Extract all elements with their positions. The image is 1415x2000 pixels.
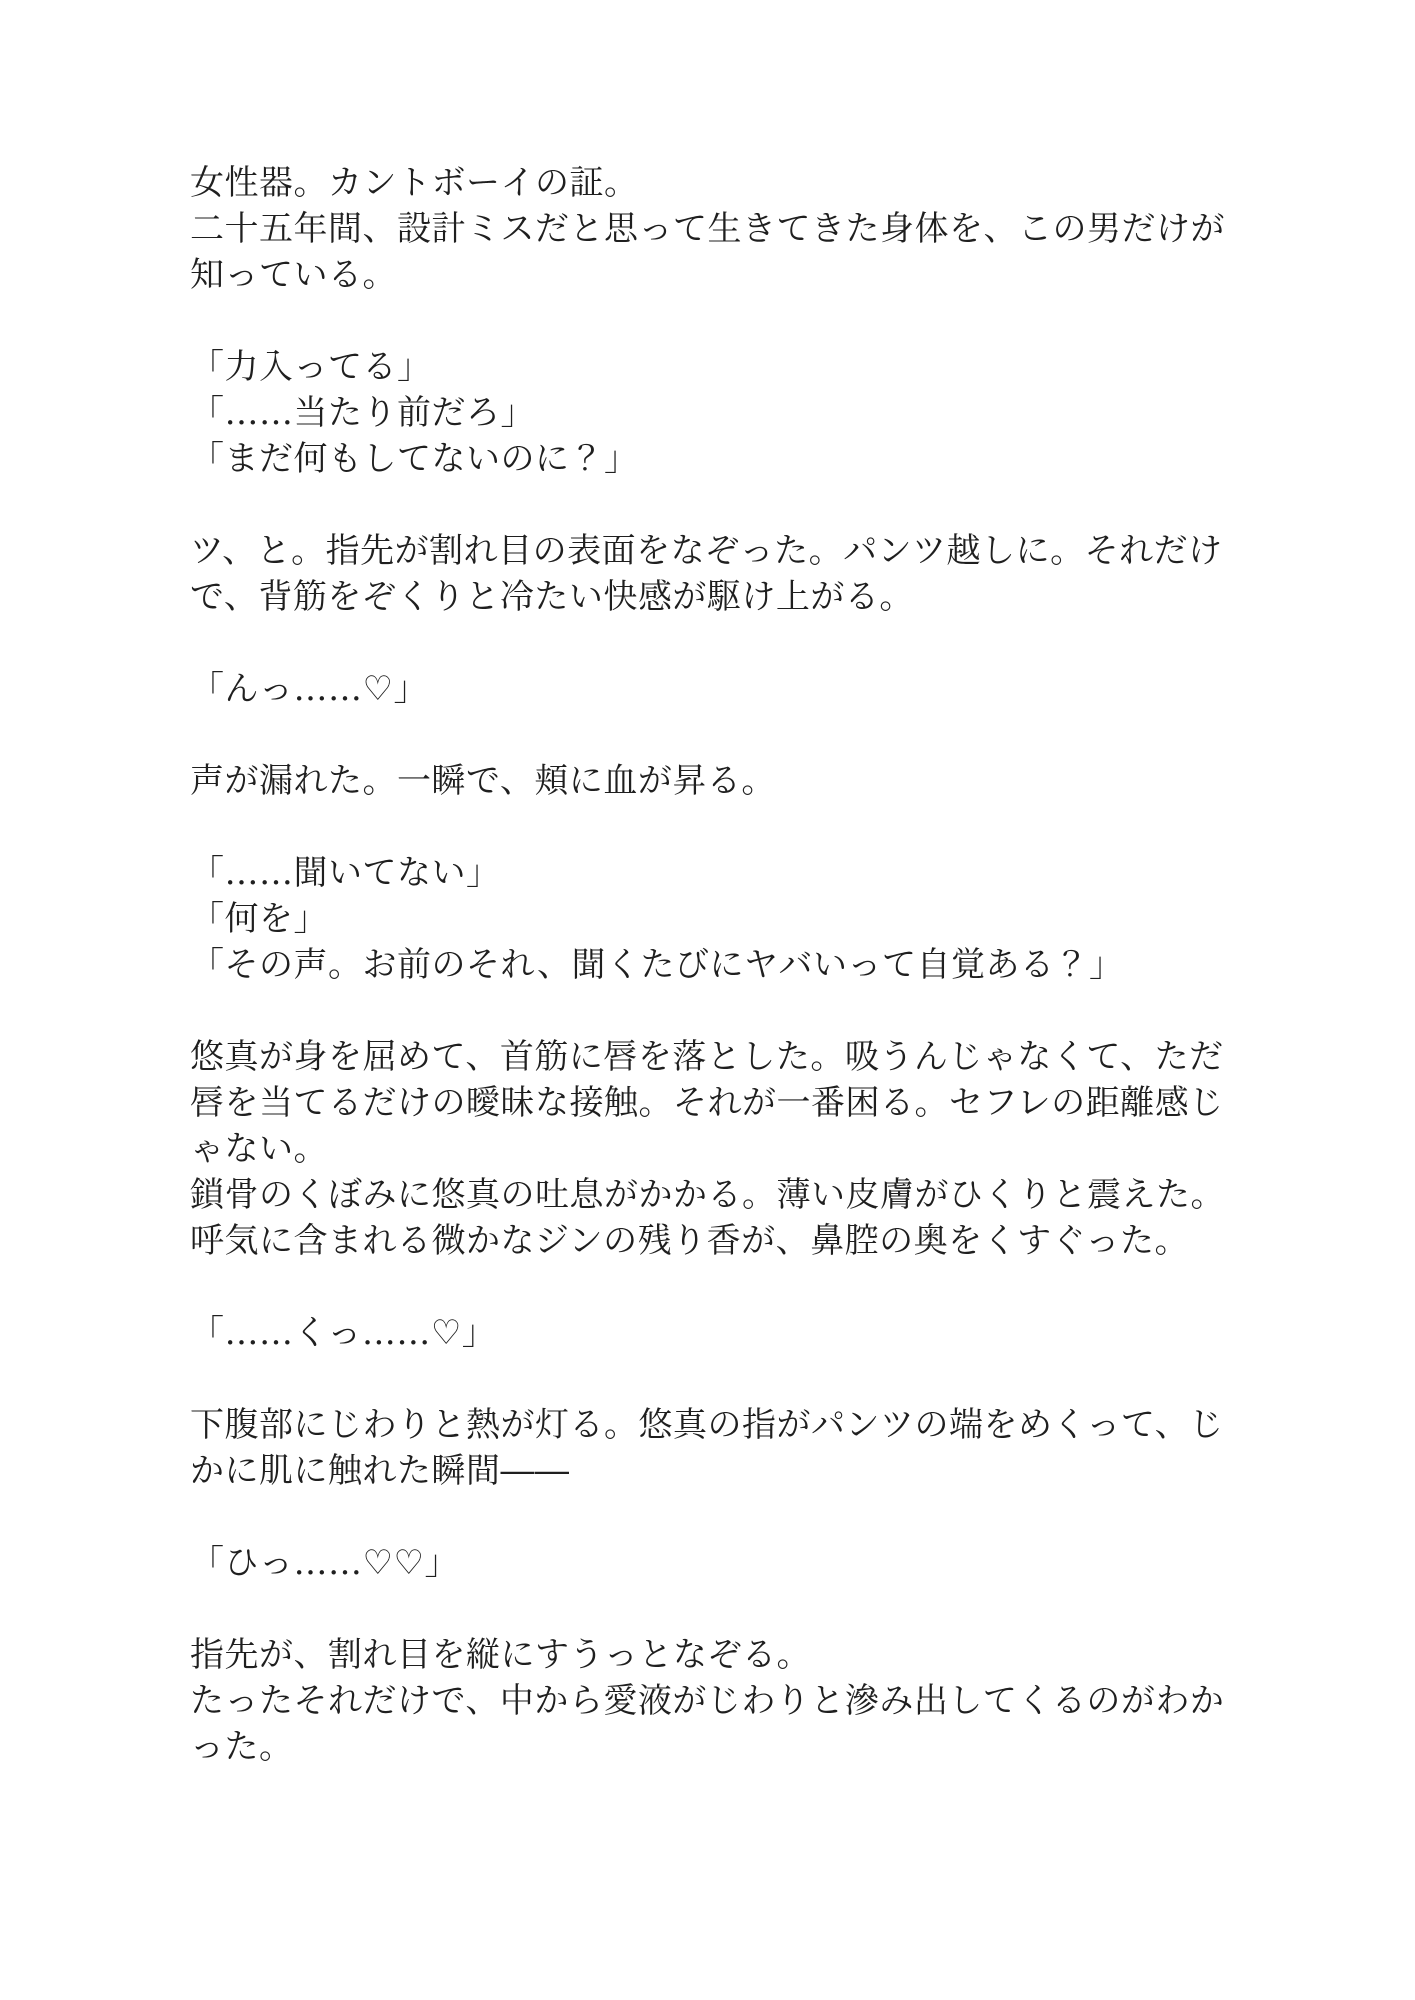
paragraph: 「力入ってる」「……当たり前だろ」「まだ何もしてないのに？」 bbox=[190, 344, 1300, 482]
text-line: 「何を」 bbox=[190, 896, 1300, 942]
document-page: 女性器。カントボーイの証。二十五年間、設計ミスだと思って生きてきた身体を、この男… bbox=[0, 0, 1415, 2000]
paragraph: 「……くっ……♡」 bbox=[190, 1310, 1300, 1356]
text-line: 唇を当てるだけの曖昧な接触。それが一番困る。セフレの距離感じ bbox=[190, 1080, 1300, 1126]
paragraph: 指先が、割れ目を縦にすうっとなぞる。たったそれだけで、中から愛液がじわりと滲み出… bbox=[190, 1632, 1300, 1770]
text-line: 「ひっ……♡♡」 bbox=[190, 1540, 1300, 1586]
text-line: 呼気に含まれる微かなジンの残り香が、鼻腔の奥をくすぐった。 bbox=[190, 1218, 1300, 1264]
paragraph: ツ、と。指先が割れ目の表面をなぞった。パンツ越しに。それだけで、背筋をぞくりと冷… bbox=[190, 528, 1300, 620]
paragraph: 女性器。カントボーイの証。二十五年間、設計ミスだと思って生きてきた身体を、この男… bbox=[190, 160, 1300, 298]
text-line: かに肌に触れた瞬間―― bbox=[190, 1448, 1300, 1494]
text-line: 悠真が身を屈めて、首筋に唇を落とした。吸うんじゃなくて、ただ bbox=[190, 1034, 1300, 1080]
text-line: 声が漏れた。一瞬で、頬に血が昇る。 bbox=[190, 758, 1300, 804]
text-line: 「……聞いてない」 bbox=[190, 850, 1300, 896]
document-body: 女性器。カントボーイの証。二十五年間、設計ミスだと思って生きてきた身体を、この男… bbox=[190, 160, 1300, 1770]
text-line: ゃない。 bbox=[190, 1126, 1300, 1172]
paragraph: 悠真が身を屈めて、首筋に唇を落とした。吸うんじゃなくて、ただ唇を当てるだけの曖昧… bbox=[190, 1034, 1300, 1264]
text-line: 女性器。カントボーイの証。 bbox=[190, 160, 1300, 206]
text-line: 二十五年間、設計ミスだと思って生きてきた身体を、この男だけが bbox=[190, 206, 1300, 252]
text-line: 「……くっ……♡」 bbox=[190, 1310, 1300, 1356]
paragraph: 下腹部にじわりと熱が灯る。悠真の指がパンツの端をめくって、じかに肌に触れた瞬間―… bbox=[190, 1402, 1300, 1494]
text-line: 「……当たり前だろ」 bbox=[190, 390, 1300, 436]
text-line: ツ、と。指先が割れ目の表面をなぞった。パンツ越しに。それだけ bbox=[190, 528, 1300, 574]
paragraph: 「ひっ……♡♡」 bbox=[190, 1540, 1300, 1586]
text-line: で、背筋をぞくりと冷たい快感が駆け上がる。 bbox=[190, 574, 1300, 620]
paragraph: 「……聞いてない」「何を」「その声。お前のそれ、聞くたびにヤバいって自覚ある？」 bbox=[190, 850, 1300, 988]
paragraph: 声が漏れた。一瞬で、頬に血が昇る。 bbox=[190, 758, 1300, 804]
text-line: 「んっ……♡」 bbox=[190, 666, 1300, 712]
text-line: 指先が、割れ目を縦にすうっとなぞる。 bbox=[190, 1632, 1300, 1678]
text-line: 鎖骨のくぼみに悠真の吐息がかかる。薄い皮膚がひくりと震えた。 bbox=[190, 1172, 1300, 1218]
paragraph: 「んっ……♡」 bbox=[190, 666, 1300, 712]
text-line: 「その声。お前のそれ、聞くたびにヤバいって自覚ある？」 bbox=[190, 942, 1300, 988]
text-line: 「力入ってる」 bbox=[190, 344, 1300, 390]
text-line: 「まだ何もしてないのに？」 bbox=[190, 436, 1300, 482]
text-line: 知っている。 bbox=[190, 252, 1300, 298]
text-line: った。 bbox=[190, 1724, 1300, 1770]
text-line: 下腹部にじわりと熱が灯る。悠真の指がパンツの端をめくって、じ bbox=[190, 1402, 1300, 1448]
text-line: たったそれだけで、中から愛液がじわりと滲み出してくるのがわか bbox=[190, 1678, 1300, 1724]
